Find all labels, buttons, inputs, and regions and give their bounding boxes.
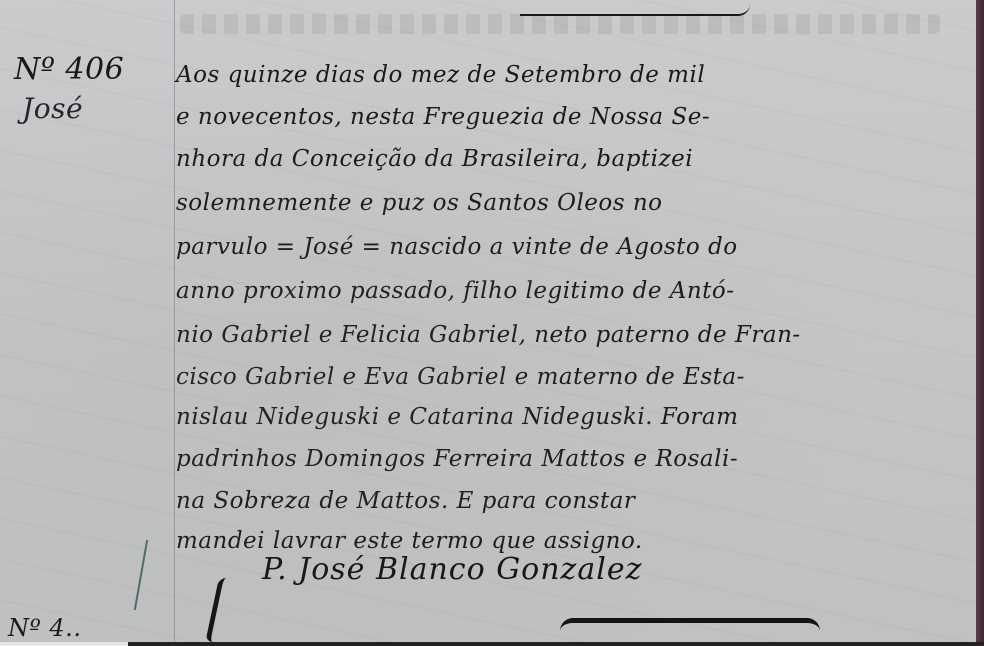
margin-rule [174, 0, 175, 642]
bleed-through-text [180, 14, 940, 34]
record-line-2: e novecentos, nesta Freguezia de Nossa S… [176, 104, 710, 130]
entry-number: Nº 406 [14, 52, 124, 87]
record-line-10: padrinhos Domingos Ferreira Mattos e Ros… [176, 446, 738, 472]
signature-flourish [560, 618, 820, 631]
next-entry-number: Nº 4.. [8, 614, 81, 642]
record-line-9: nislau Nideguski e Catarina Nideguski. F… [176, 404, 738, 430]
page-edge-right [976, 0, 984, 646]
previous-entry-flourish [520, 4, 750, 16]
document-page: Nº 406 José Aos quinze dias do mez de Se… [0, 0, 976, 642]
priest-signature: P. José Blanco Gonzalez [262, 552, 642, 587]
record-line-11: na Sobreza de Mattos. E para constar [176, 488, 635, 514]
page-edge-bottom-light [0, 642, 128, 646]
entry-name: José [22, 92, 83, 125]
record-line-12: mandei lavrar este termo que assigno. [176, 528, 643, 554]
page-edge-bottom [128, 642, 984, 646]
record-line-1: Aos quinze dias do mez de Setembro de mi… [176, 62, 705, 88]
record-line-6: anno proximo passado, filho legitimo de … [176, 278, 735, 304]
record-line-7: nio Gabriel e Felicia Gabriel, neto pate… [176, 322, 801, 348]
record-line-5: parvulo = José = nascido a vinte de Agos… [176, 234, 738, 260]
next-entry-initial-stroke [205, 578, 234, 642]
record-line-8: cisco Gabriel e Eva Gabriel e materno de… [176, 364, 745, 390]
record-line-3: nhora da Conceição da Brasileira, baptiz… [176, 146, 693, 172]
record-line-4: solemnemente e puz os Santos Oleos no [176, 190, 663, 216]
check-mark [110, 540, 148, 610]
